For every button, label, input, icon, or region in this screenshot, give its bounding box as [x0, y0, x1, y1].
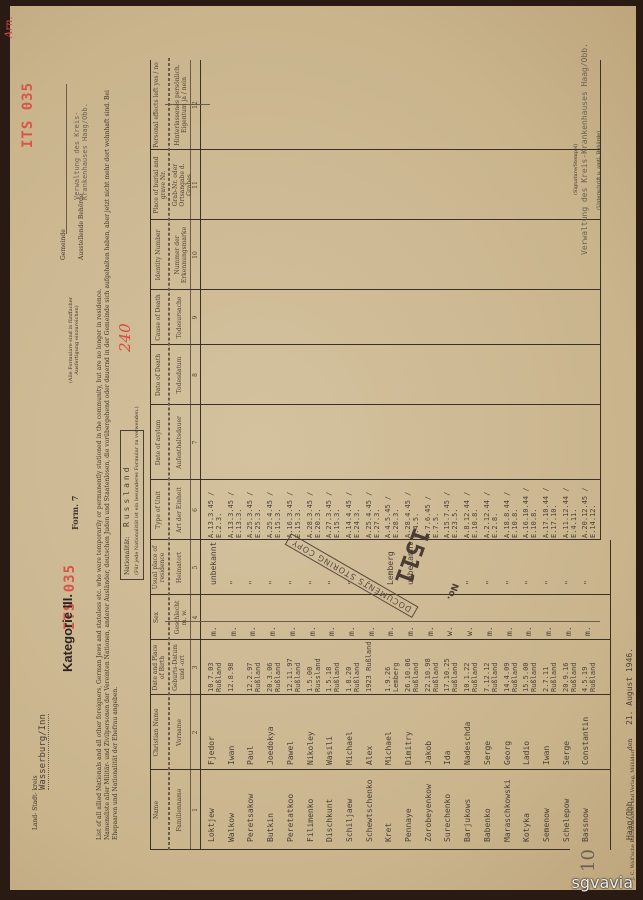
table-row: SurechenkoIda17.10.25 Rußlandw.A.15.7.45… [443, 60, 461, 900]
unit-cell: A.11.12.44 / E.4.11. [562, 482, 578, 538]
sex-cell: m. [426, 626, 435, 636]
col-4-de: Geschlecht m. w. [174, 597, 188, 638]
col-10-en: Identity Number [155, 222, 162, 288]
col-11-num: 11 [192, 152, 199, 218]
residence-cell: " [248, 580, 257, 585]
residence-cell: " [229, 580, 238, 585]
col-1-en: Name [153, 772, 160, 848]
unit-cell: A.14.4.45 / E.24.3. [345, 482, 361, 538]
table-row: PennayeDimitry26.10.06 Rußlandm.unbekann… [404, 60, 422, 900]
note-copies: (Alle Formulare sind in fünffacher Ausfe… [68, 285, 80, 395]
red-initial: Arn. [4, 16, 15, 38]
residence-cell: " [524, 580, 533, 585]
nationality-note: (Für jede Nationalität ist ein besondere… [134, 406, 140, 575]
col-6-de: Art der Einheit [176, 482, 183, 538]
christian-name-cell: Fjedor [207, 736, 216, 765]
name-cell: Dischkunt [325, 799, 334, 842]
christian-name-cell: Wasili [325, 736, 334, 765]
birth-cell: 7.12.12 Rußland [483, 640, 499, 692]
sex-cell: m. [367, 626, 376, 636]
col-12-num: 12 [192, 62, 199, 148]
birth-cell: 12.11.97 Rußland [286, 640, 302, 692]
sex-cell: w. [445, 626, 454, 636]
col-11-en: Place of burial and grave Nr. [153, 152, 167, 218]
col-6-num: 6 [192, 482, 199, 538]
unit-cell: A.25.4.45 / E.15.3. [266, 482, 282, 538]
name-cell: Schewtschenko [365, 779, 374, 842]
christian-name-cell: Paul [246, 746, 255, 765]
table-row: WalkowIwan12.8.98m."A.13.3.45 / E.13.3. [227, 60, 245, 900]
col-5-en: Usual place of residence [152, 542, 166, 593]
name-cell: Loktjew [207, 808, 216, 842]
unit-cell: A.16.3.45 / E.15.3. [286, 482, 302, 538]
table-row: LoktjewFjedor10.7.03 Rußlandm.unbekanntA… [207, 60, 225, 900]
sex-cell: w. [465, 626, 474, 636]
unit-cell: A.13.3.45 / E.13.3. [227, 482, 243, 538]
col-8-en: Date of Death [155, 347, 162, 403]
sex-cell: m. [327, 626, 336, 636]
christian-name-cell: Georg [503, 741, 512, 765]
col-3-en: Date and Place of Birth [152, 642, 166, 693]
christian-name-cell: Alex [365, 746, 374, 765]
birth-cell: 4.5.19 Rußland [581, 640, 597, 692]
sex-cell: m. [248, 626, 257, 636]
intro-english: List of all allied Nationals and all oth… [96, 60, 104, 840]
name-cell: Surechenko [443, 794, 452, 842]
table-row: ZorobeyenkowJakob22.10.98 Rußlandm.A.7.6… [424, 60, 442, 900]
unit-cell: A.4.5.45 / E.28.3. [384, 482, 400, 538]
name-cell: Barjukows [463, 799, 472, 842]
unit-cell: A.8.12.44 / E.10.8. [463, 482, 479, 538]
birth-cell: 1.9.26 Lemberg [384, 640, 400, 692]
residence-cell: " [465, 580, 474, 585]
col-4-en: Sex [153, 597, 160, 638]
christian-name-cell: Nadeschda [463, 722, 472, 765]
table-top-border [150, 60, 151, 850]
residence-cell: " [308, 580, 317, 585]
residence-cell: " [583, 580, 592, 585]
land-kreis-value: Wasserburg/Inn [38, 714, 49, 790]
col-6-en: Type of Unit [155, 482, 162, 538]
unit-cell: A.18.8.44 / E.10.8. [503, 482, 519, 538]
col-5-de: Heimatort [176, 542, 183, 593]
residence-cell: " [288, 580, 297, 585]
name-cell: Peretatkoo [286, 794, 295, 842]
name-cell: Kotyka [522, 813, 531, 842]
sex-cell: m. [485, 626, 494, 636]
christian-name-cell: Ida [443, 751, 452, 765]
name-cell: Pennaye [404, 808, 413, 842]
birth-cell: 1923 Rußland [365, 640, 373, 692]
christian-name-cell: Constantin [581, 717, 590, 765]
residence-cell: " [544, 580, 553, 585]
unit-cell: A.16.10.44 / E.10.8. [522, 482, 538, 538]
christian-name-cell: Joedokya [266, 726, 275, 765]
unit-cell: A.13.3.45 / E.2.3. [207, 482, 223, 538]
unit-cell: A.25.3.45 / E.25.3. [246, 482, 262, 538]
christian-name-cell: Iwan [542, 746, 551, 765]
birth-cell: 10.7.03 Rußland [207, 640, 223, 692]
table-row: ButkinJoedokya20.3.06 Rußlandm."A.25.4.4… [266, 60, 284, 900]
form-number: Form. 7 [70, 496, 80, 530]
col-2-num: 2 [192, 697, 199, 768]
date-caption: (Datum) [636, 699, 642, 720]
birth-cell: 20.3.06 Rußland [266, 640, 282, 692]
col-2-en: Christian Name [153, 697, 160, 768]
signature-stamp: Verwaltung des Kreis-Krankenhauses Haag/… [580, 43, 589, 255]
birth-cell: 15.5.00 Rußland [522, 640, 538, 692]
birth-cell: 10.1.22 Rußland [463, 640, 479, 692]
sex-cell: m. [524, 626, 533, 636]
table-row: KretMichael1.9.26 Lembergm.LembergA.4.5.… [384, 60, 402, 900]
birth-cell: 14.4.09 Rußland [503, 640, 519, 692]
birth-cell: 22.10.98 Rußland [424, 640, 440, 692]
residence-cell: " [485, 580, 494, 585]
table-row: SemenowIwan2.7.11 Rußlandm."A.17.10.44 /… [542, 60, 560, 900]
header-bottom-border [200, 60, 201, 850]
birth-cell: 20.9.16 Rußland [562, 640, 578, 692]
col-9-en: Cause of Death [155, 292, 162, 343]
christian-name-cell: Serge [562, 741, 571, 765]
col-12-en: Personal effects left yes / no [153, 62, 160, 148]
christian-name-cell: Serge [483, 741, 492, 765]
christian-name-cell: Dimitry [404, 731, 413, 765]
christian-name-cell: Iwan [227, 746, 236, 765]
table-row: SchewtschenkoAlex1923 Rußlandm."A.25.4.4… [365, 60, 383, 900]
col-3-de: Geburts-Datum und -ort [172, 642, 186, 693]
name-cell: Kret [384, 823, 393, 842]
col-9-num: 9 [192, 292, 199, 343]
name-cell: Peretsakow [246, 794, 255, 842]
christian-name-cell: Nikoley [306, 731, 315, 765]
unit-cell: A.25.4.45 / E.27.3. [365, 482, 381, 538]
name-cell: Walkow [227, 813, 236, 842]
col-12-de: Hinterlassenes persönlich. Eigentum ja /… [174, 62, 188, 148]
unit-cell: A.15.7.45 / E.23.5. [443, 482, 459, 538]
document-viewer: Arn. ITS 035 ITS 035 Land- Stadt- kreis … [0, 0, 643, 900]
header-en-de-divider [168, 58, 170, 850]
sex-cell: m. [209, 626, 218, 636]
birth-cell: 1.8.20 Rußland [345, 640, 361, 692]
nationality-box: Nationalität: Russland (Für jede Nationa… [120, 430, 144, 580]
gemeinde-field [66, 84, 67, 234]
sex-cell: m. [386, 626, 395, 636]
sex-cell: m. [583, 626, 592, 636]
col-7-num: 7 [192, 407, 199, 478]
name-cell: Schelepow [562, 799, 571, 842]
its-stamp-top-right: ITS 035 [20, 82, 36, 148]
table-row: SchiljaewMichael1.8.20 Rußlandm."A.14.4.… [345, 60, 363, 900]
sex-cell: m. [406, 626, 415, 636]
unit-cell: A.2.12.44 / E.2.8. [483, 482, 499, 538]
signature-subcaption: (Unterschrift u. amtl. Behörde) [596, 131, 602, 210]
residence-cell: unbekannt [209, 542, 218, 585]
col-11-de: Grab-Nr. oder Ortsangabe d. Grabes [172, 152, 193, 218]
table-bottom-left [610, 540, 611, 850]
sex-cell: m. [347, 626, 356, 636]
watermark-text: sgvavia [572, 873, 633, 892]
col-9-de: Todesursache [176, 292, 183, 343]
col-8-de: Todesdatum [176, 347, 183, 403]
name-cell: Semenow [542, 808, 551, 842]
table-row: FilimenkoNikoley1.5.00 Russlandm."A.28.3… [306, 60, 324, 900]
sex-cell: m. [564, 626, 573, 636]
sex-cell: m. [229, 626, 238, 636]
birth-cell: 12.2.97 Rußland [246, 640, 262, 692]
issuing-authority-label: Ausstellende Behörde [78, 193, 85, 260]
christian-name-cell: Michael [384, 731, 393, 765]
christian-name-cell: Michael [345, 731, 354, 765]
name-cell: Filimenko [306, 799, 315, 842]
table-row: DischkuntWasili1.5.18 Rußlandm."A.27.3.4… [325, 60, 343, 900]
col-3-num: 3 [192, 642, 199, 693]
birth-cell: 1.5.00 Russland [306, 640, 322, 692]
col-8-num: 8 [192, 347, 199, 403]
name-cell: Babenko [483, 808, 492, 842]
name-cell: Butkin [266, 813, 275, 842]
name-cell: Schiljaew [345, 799, 354, 842]
residence-cell: " [505, 580, 514, 585]
table-row: MaraschkowskiGeorg14.4.09 Rußlandm."A.18… [503, 60, 521, 900]
birth-cell: 26.10.06 Rußland [404, 640, 420, 692]
birth-cell: 17.10.25 Rußland [443, 640, 459, 692]
col-10-de: Nummer der Erkennungsmarke [174, 222, 188, 288]
table-row: BabenkoSerge7.12.12 Rußlandm."A.2.12.44 … [483, 60, 501, 900]
intro-german: Namensliste aller Militär- und Zivilpers… [104, 60, 120, 840]
table-row: KotykaLadio15.5.00 Rußlandm."A.16.10.44 … [522, 60, 540, 900]
col-5-num: 5 [192, 542, 199, 593]
birth-cell: 12.8.98 [227, 640, 235, 692]
date-signed: 21. August 1946. [625, 648, 634, 725]
col-1-num: 1 [192, 772, 199, 848]
unit-cell: A.28.3.45 / E.20.3. [306, 482, 322, 538]
sex-cell: m. [288, 626, 297, 636]
unit-cell: A.27.3.45 / E.15.3. [325, 482, 341, 538]
nationality-value: Russland [122, 464, 131, 527]
name-cell: Zorobeyenkow [424, 784, 433, 842]
form-page-landscape: Arn. ITS 035 ITS 035 Land- Stadt- kreis … [0, 0, 643, 900]
residence-cell: " [268, 580, 277, 585]
sex-cell: m. [544, 626, 553, 636]
table-row: BarjukowsNadeschda10.1.22 Rußlandw."A.8.… [463, 60, 481, 900]
col-2-de: Vorname [176, 697, 183, 768]
page-number: 10 [578, 849, 599, 872]
page-title: Kategorie III. [60, 594, 75, 672]
birth-cell: 2.7.11 Rußland [542, 640, 558, 692]
nationality-label: Nationalität: [124, 537, 131, 575]
handwritten-count: 240 [116, 323, 134, 352]
unit-cell: A.20.12.45 / E.14.12. [581, 482, 597, 538]
unit-cell: A.17.10.44 / E.17.10. [542, 482, 558, 538]
col-10-num: 10 [192, 222, 199, 288]
birth-cell: 1.5.18 Rußland [325, 640, 341, 692]
table-row: PeretatkooPawel12.11.97 Rußlandm."A.16.3… [286, 60, 304, 900]
col-7-de: Aufenthaltsdauer [176, 407, 183, 478]
signature-caption: (Signature/Stempel) [573, 144, 579, 195]
printer-imprint: J. C. Wolf'sche Buchdruckerei und Verlag… [630, 749, 636, 880]
residence-cell: " [327, 580, 336, 585]
sex-cell: m. [308, 626, 317, 636]
issuing-authority-value: Verwaltung des Kreis-Krankenhauses Haag/… [73, 70, 89, 200]
table-row: PeretsakowPaul12.2.97 Rußlandm."A.25.3.4… [246, 60, 264, 900]
col-1-de: Familienname [176, 772, 183, 848]
christian-name-cell: Pawel [286, 741, 295, 765]
name-cell: Bassnow [581, 808, 590, 842]
col-4-num: 4 [192, 597, 199, 638]
christian-name-cell: Ladio [522, 741, 531, 765]
residence-cell: " [564, 580, 573, 585]
sex-cell: m. [505, 626, 514, 636]
name-cell: Maraschkowski [503, 779, 512, 842]
col-7-en: Date of asylum [155, 407, 162, 478]
sex-cell: m. [268, 626, 277, 636]
christian-name-cell: Jakob [424, 741, 433, 765]
